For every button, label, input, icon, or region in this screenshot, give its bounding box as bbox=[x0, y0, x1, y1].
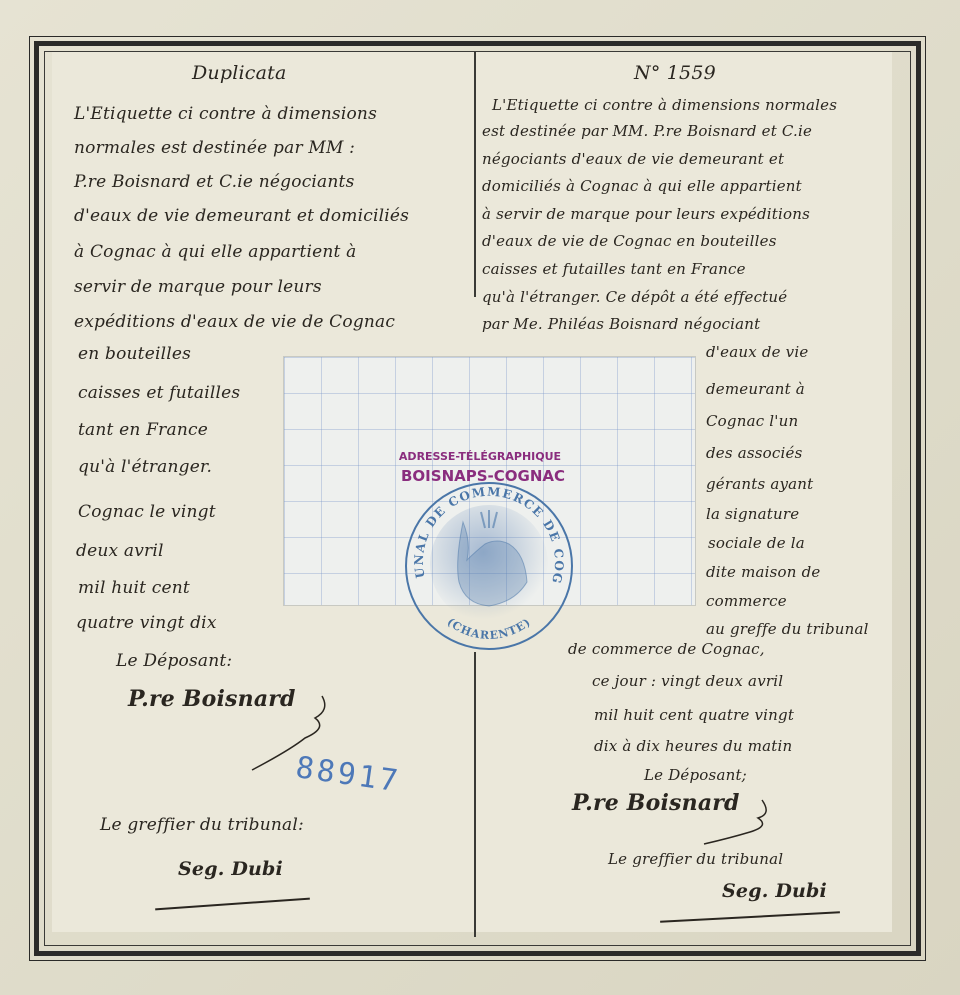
right-narrow-line: gérants ayant bbox=[706, 475, 813, 493]
left-line: servir de marque pour leurs bbox=[74, 277, 322, 297]
right-narrow-line: sociale de la bbox=[708, 534, 805, 552]
svg-text:(CHARENTE): (CHARENTE) bbox=[445, 615, 534, 642]
left-clerk-signature: Seg. Dubi bbox=[178, 858, 283, 880]
right-narrow-line: la signature bbox=[706, 505, 799, 523]
right-clerk-label: Le greffier du tribunal bbox=[608, 850, 783, 868]
right-narrow-line: dite maison de bbox=[706, 563, 820, 581]
column-divider-bottom bbox=[474, 652, 476, 937]
left-line: d'eaux de vie demeurant et domiciliés bbox=[74, 206, 409, 226]
right-narrow-line: au greffe du tribunal bbox=[706, 620, 869, 638]
right-line: par Me. Philéas Boisnard négociant bbox=[482, 315, 760, 333]
left-line: L'Etiquette ci contre à dimensions bbox=[74, 104, 377, 124]
right-narrow-line: Cognac l'un bbox=[706, 412, 798, 430]
left-line: à Cognac à qui elle appartient à bbox=[74, 242, 357, 262]
right-depositor-label: Le Déposant; bbox=[644, 766, 747, 784]
signature-flourish bbox=[700, 796, 780, 846]
left-clerk-label: Le greffier du tribunal: bbox=[100, 815, 304, 835]
right-lower-line: mil huit cent quatre vingt bbox=[594, 706, 794, 724]
left-line: mil huit cent bbox=[78, 578, 190, 598]
right-line: à servir de marque pour leurs expédition… bbox=[482, 205, 810, 223]
left-line: expéditions d'eaux de vie de Cognac bbox=[74, 312, 395, 332]
column-divider-top bbox=[474, 52, 476, 297]
left-line: normales est destinée par MM : bbox=[74, 138, 355, 158]
left-line: Cognac le vingt bbox=[78, 502, 216, 522]
right-narrow-line: des associés bbox=[706, 444, 803, 462]
right-narrow-line: commerce bbox=[706, 592, 787, 610]
left-line: tant en France bbox=[78, 420, 208, 440]
right-line: L'Etiquette ci contre à dimensions norma… bbox=[492, 96, 837, 114]
right-line: d'eaux de vie de Cognac en bouteilles bbox=[482, 232, 777, 250]
left-line: en bouteilles bbox=[78, 344, 191, 364]
right-clerk-signature: Seg. Dubi bbox=[722, 880, 827, 902]
right-narrow-line: d'eaux de vie bbox=[706, 343, 808, 361]
right-lower-line: ce jour : vingt deux avril bbox=[592, 672, 783, 690]
right-line: négociants d'eaux de vie demeurant et bbox=[482, 150, 784, 168]
left-line: caisses et futailles bbox=[78, 383, 240, 403]
right-lower-line: dix à dix heures du matin bbox=[594, 737, 792, 755]
left-line: qu'à l'étranger. bbox=[78, 457, 212, 477]
left-depositor-label: Le Déposant: bbox=[116, 651, 232, 671]
right-line: qu'à l'étranger. Ce dépôt a été effectué bbox=[482, 288, 787, 306]
right-number-label: N° 1559 bbox=[634, 62, 716, 84]
right-lower-line: de commerce de Cognac, bbox=[568, 640, 765, 658]
left-line: quatre vingt dix bbox=[76, 613, 217, 633]
seal-text-ring: TRIBUNAL DE COMMERCE DE COGNAC (CHARENTE… bbox=[405, 482, 573, 650]
telegraphic-address-label: ADRESSE-TÉLÉGRAPHIQUE bbox=[394, 450, 566, 463]
right-narrow-line: demeurant à bbox=[706, 380, 805, 398]
right-line: est destinée par MM. P.re Boisnard et C.… bbox=[482, 122, 812, 140]
left-heading: Duplicata bbox=[192, 62, 287, 84]
right-line: domiciliés à Cognac à qui elle appartien… bbox=[482, 177, 802, 195]
right-line: caisses et futailles tant en France bbox=[482, 260, 746, 278]
left-line: P.re Boisnard et C.ie négociants bbox=[74, 172, 355, 192]
left-line: deux avril bbox=[76, 541, 164, 561]
